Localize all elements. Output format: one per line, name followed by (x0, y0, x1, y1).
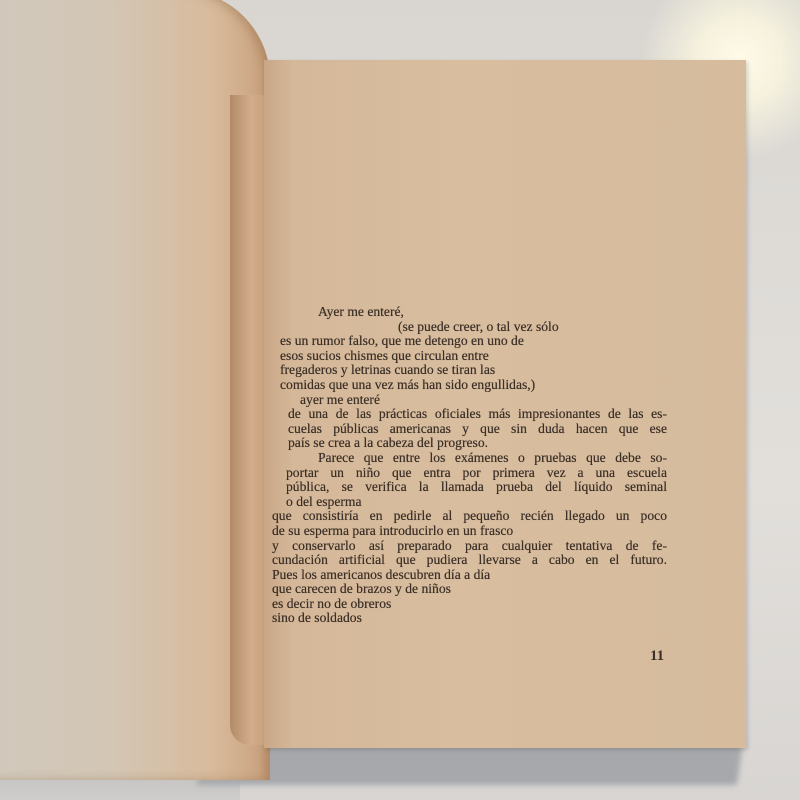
text-line: esos sucios chismes que circulan entre (272, 349, 667, 364)
text-line: es un rumor falso, que me detengo en uno… (272, 334, 667, 349)
text-line: pública, se verifica la llamada prueba d… (272, 480, 667, 495)
text-line: Parece que entre los exámenes o pruebas … (272, 451, 667, 466)
text-line: Pues los americanos descubren día a día (272, 568, 667, 583)
text-line: y conservarlo así preparado para cualqui… (272, 539, 667, 554)
text-line: de una de las prácticas oficiales más im… (272, 407, 667, 422)
text-line: (se puede creer, o tal vez sólo (272, 320, 667, 335)
text-line: Ayer me enteré, (272, 305, 667, 320)
text-line: de su esperma para introducirlo en un fr… (272, 524, 667, 539)
page-gutter (230, 95, 265, 745)
text-line: sino de soldados (272, 611, 667, 626)
text-line: fregaderos y letrinas cuando se tiran la… (272, 363, 667, 378)
text-line: o del esperma (272, 495, 667, 510)
text-line: cuelas públicas americanas y que sin dud… (272, 422, 667, 437)
text-line: país se crea a la cabeza del progreso. (272, 436, 667, 451)
text-line: comidas que una vez más han sido engulli… (272, 378, 667, 393)
text-line: que carecen de brazos y de niños (272, 582, 667, 597)
page-number: 11 (650, 648, 664, 665)
page-text: Ayer me enteré, (se puede creer, o tal v… (272, 305, 667, 626)
text-line: que consistiría en pedirle al pequeño re… (272, 509, 667, 524)
text-line: es decir no de obreros (272, 597, 667, 612)
text-line: portar un niño que entra por primera vez… (272, 466, 667, 481)
text-line: cundación artificial que pudiera llevars… (272, 553, 667, 568)
text-line: ayer me enteré (272, 393, 667, 408)
